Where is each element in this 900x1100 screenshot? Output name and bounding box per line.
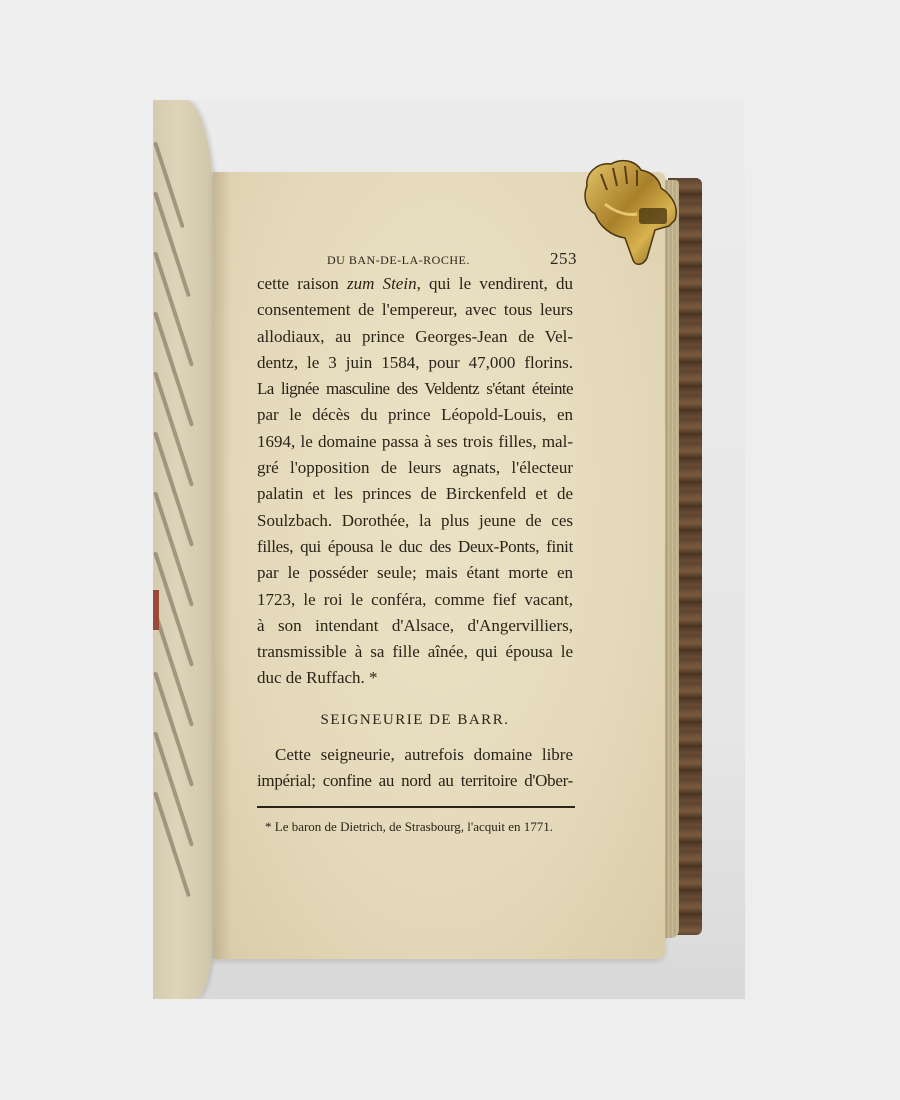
text-line: par le posséder seule; mais étant morte …: [257, 560, 573, 586]
text-line: Cette seigneurie, autrefois domaine libr…: [257, 742, 573, 768]
text-line: Soulzbach. Dorothée, la plus jeune de ce…: [257, 508, 573, 534]
book-page-253: DU BAN-DE-LA-ROCHE. 253 cette raison zum…: [213, 172, 665, 959]
section-heading: SEIGNEURIE DE BARR.: [257, 708, 573, 732]
text-line: duc de Ruffach. *: [257, 665, 573, 691]
text-line: consentement de l'empereur, avec tous le…: [257, 297, 573, 323]
italic-phrase: zum Stein: [347, 274, 417, 293]
paragraph-2: Cette seigneurie, autrefois domaine libr…: [257, 742, 573, 795]
footnote: * Le baron de Dietrich, de Strasbourg, l…: [257, 818, 573, 836]
book-photo: DU BAN-DE-LA-ROCHE. 253 cette raison zum…: [153, 100, 745, 999]
text-line: 1694, le domaine passa à ses trois fille…: [257, 429, 573, 455]
text-line: à son intendant d'Alsace, d'Angervillier…: [257, 613, 573, 639]
text-line: filles, qui épousa le duc des Deux-Ponts…: [257, 534, 573, 560]
running-head: DU BAN-DE-LA-ROCHE. 253: [257, 249, 573, 271]
text-line: allodiaux, au prince Georges-Jean de Vel…: [257, 324, 573, 350]
page-number: 253: [550, 249, 577, 269]
text-line: palatin et les princes de Birckenfeld et…: [257, 481, 573, 507]
brass-hand-bookmark-clip-icon: [577, 156, 685, 268]
red-ink-mark: [153, 590, 159, 630]
text-line: impérial; confine au nord au territoire …: [257, 768, 573, 794]
text-line: transmissible à sa fille aînée, qui épou…: [257, 639, 573, 665]
text-line: cette raison zum Stein, qui le vendirent…: [257, 271, 573, 297]
text-line: par le décès du prince Léopold-Louis, en: [257, 402, 573, 428]
page-text-block: DU BAN-DE-LA-ROCHE. 253 cette raison zum…: [257, 249, 573, 836]
text-line: La lignée masculine des Veldentz s'étant…: [257, 376, 573, 402]
footnote-rule: [257, 806, 575, 808]
text-line: dentz, le 3 juin 1584, pour 47,000 flori…: [257, 350, 573, 376]
running-head-title: DU BAN-DE-LA-ROCHE.: [327, 253, 470, 268]
text-line: gré l'opposition de leurs agnats, l'élec…: [257, 455, 573, 481]
text-line: 1723, le roi le conféra, comme fief vaca…: [257, 587, 573, 613]
left-facing-page: [153, 100, 215, 999]
paragraph-1: cette raison zum Stein, qui le vendirent…: [257, 271, 573, 692]
